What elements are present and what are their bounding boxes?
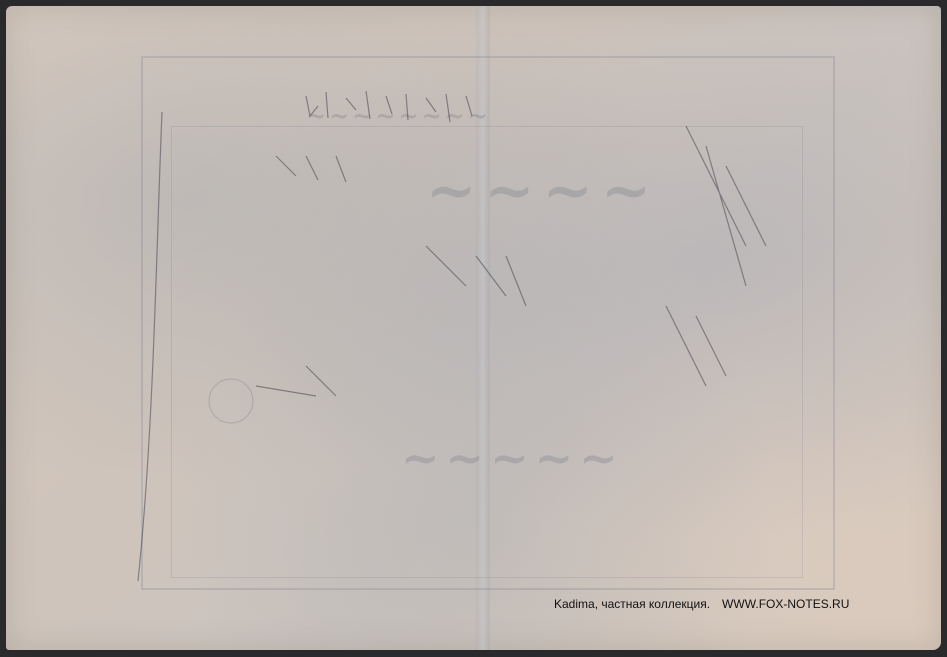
pencil-markings <box>6 6 941 650</box>
collection-caption: Kadima, частная коллекция.WWW.FOX-NOTES.… <box>554 597 849 611</box>
caption-site: WWW.FOX-NOTES.RU <box>722 597 849 611</box>
banknote-scan: ~~~~~~~~ ~~~~ ~~~~~ <box>6 6 941 650</box>
caption-owner: Kadima, частная коллекция. <box>554 597 710 611</box>
